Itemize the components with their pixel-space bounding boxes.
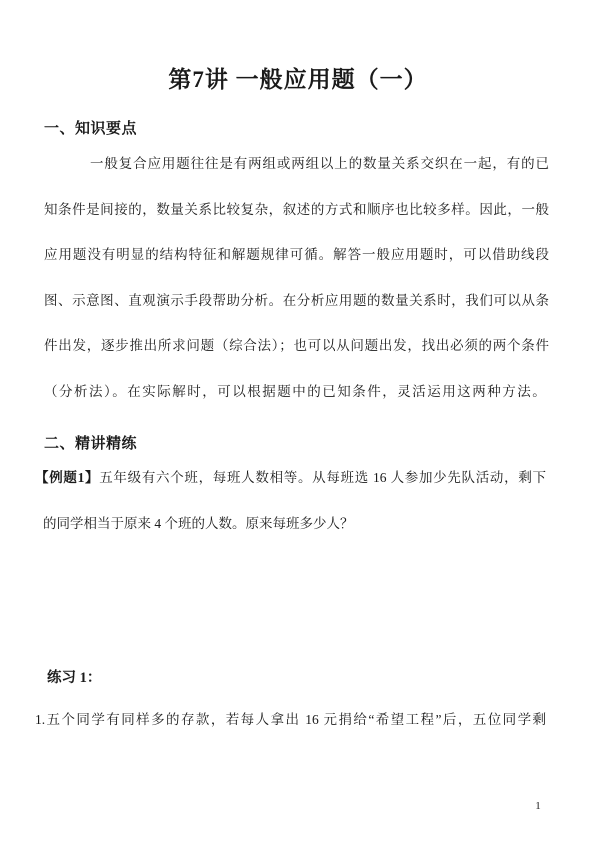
example-label: 【例题1】 bbox=[35, 470, 99, 485]
page-number: 1 bbox=[528, 798, 548, 814]
text-line: 一般复合应用题往往是有两组或两组以上的数量关系交织在一起，有的已 bbox=[44, 141, 549, 187]
example-text: 五年级有六个班，每班人数相等。从每班选 16 人参加少先队活动，剩下 bbox=[99, 470, 546, 485]
document-page: 第7讲 一般应用题（一） 一、知识要点 一般复合应用题往往是有两组或两组以上的数… bbox=[0, 0, 596, 842]
exercise-paragraph: 1.五个同学有同样多的存款，若每人拿出 16 元捐给“希望工程”后，五位同学剩 bbox=[35, 697, 546, 743]
text-line: 知条件是间接的，数量关系比较复杂，叙述的方式和顺序也比较多样。因此，一般 bbox=[44, 187, 549, 233]
text-line: （分析法）。在实际解时，可以根据题中的已知条件，灵活运用这两种方法。 bbox=[44, 369, 549, 415]
text-line: 1.五个同学有同样多的存款，若每人拿出 16 元捐给“希望工程”后，五位同学剩 bbox=[35, 697, 546, 743]
text-line: 件出发，逐步推出所求问题（综合法）；也可以从问题出发，找出必须的两个条件 bbox=[44, 323, 549, 369]
page-title: 第7讲 一般应用题（一） bbox=[0, 62, 596, 98]
text-line: 【例题1】五年级有六个班，每班人数相等。从每班选 16 人参加少先队活动，剩下 bbox=[35, 455, 546, 501]
knowledge-paragraph: 一般复合应用题往往是有两组或两组以上的数量关系交织在一起，有的已 知条件是间接的… bbox=[44, 141, 549, 414]
example-paragraph: 【例题1】五年级有六个班，每班人数相等。从每班选 16 人参加少先队活动，剩下 … bbox=[35, 455, 546, 546]
section-heading-drill: 二、精讲精练 bbox=[44, 433, 137, 455]
exercise-heading: 练习 1： bbox=[47, 667, 101, 689]
text-line: 图、示意图、直观演示手段帮助分析。在分析应用题的数量关系时，我们可以从条 bbox=[44, 278, 549, 324]
section-heading-knowledge: 一、知识要点 bbox=[44, 118, 137, 140]
text-line: 的同学相当于原来 4 个班的人数。原来每班多少人？ bbox=[35, 501, 546, 547]
text-line: 应用题没有明显的结构特征和解题规律可循。解答一般应用题时，可以借助线段 bbox=[44, 232, 549, 278]
